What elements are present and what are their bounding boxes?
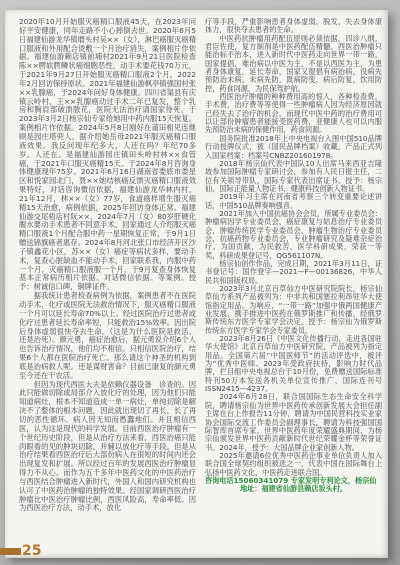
- paragraph: 2023年8月26日《中医文化传播行动，走进各国驻华大使馆》北京百草仙方中医研究…: [205, 335, 382, 393]
- paragraph: 2021年加入中国抗癌协会会员，所属专业委员会：肿瘤病因学专业委员会，癌症康复与…: [205, 210, 382, 260]
- paragraph: 疗等手段，严重影响患者身体虚弱，脱发，失去身体康体力，很快夺去患者的生命。: [205, 18, 382, 35]
- paragraph: 中医药抗肿瘤用药配伍原则必须依据，四诊八纲，君臣佐使，复方制剂是中医药配伍精髓。…: [205, 35, 382, 93]
- paragraph: 杨宗仙创作作品，完成日期，2021年3月11日，证书登记号：国作登字—2021—…: [205, 260, 382, 285]
- paragraph: 2018年杨宗仙代表中国队10人出席马来西亚吉隆坡参加国际肿瘤专家研讨会，参加有…: [205, 160, 382, 193]
- paragraph: 西医治疗肿瘤的种种费用高的惊人，各种检查费，手术费，治疗费等等使得一些肿瘤病人因…: [205, 93, 382, 135]
- paragraph: 2019年习主席在河南省考察三个转变重要论述讲话，中国510品牌奏响强音。: [205, 193, 382, 210]
- page-content: 2020年10月开始服灭癌精口服液45天，在2023年问好平安健康，同年走路不小…: [19, 18, 382, 552]
- paragraph: 2020年10月开始服灭癌精口服液45天，在2023年问好平安健康，同年走路不小…: [19, 18, 196, 292]
- paragraph: 但因为现代西医大夫是依赖仪器设备 诊查的。因此只能做切除或局部介入放化疗的处理，…: [19, 381, 196, 514]
- page-number: 25: [22, 544, 41, 558]
- paragraph: 2024年6月28日，联合国国际生态生命安全科学院，聘请杨宗仙为世界中医药传承创…: [205, 393, 382, 451]
- paragraph: 国务院批准2018年上中央电视台入围中国510品牌行动授牌仪式，被（国民品牌档案…: [205, 135, 382, 160]
- page-number-row: 25: [0, 544, 41, 558]
- page-number-bar: [0, 548, 21, 555]
- scan-background: 2020年10月开始服灭癌精口服液45天，在2023年问好平安健康，同年走路不小…: [0, 0, 400, 565]
- magazine-page: 2020年10月开始服灭癌精口服液45天，在2023年问好平安健康，同年走路不小…: [5, 10, 388, 558]
- paragraph: 地址：福建省仙游县赖店坂头村。: [205, 485, 382, 493]
- paragraph: 据我统计患者检查病例为依据，案例患者不在医院动手术，化疗或医院无法救治情况下，服…: [19, 292, 196, 380]
- text-column-left: 2020年10月开始服灭癌精口服液45天，在2023年问好平安健康，同年走路不小…: [19, 18, 196, 552]
- text-column-right: 疗等手段，严重影响患者身体虚弱，脱发，失去身体康体力，很快夺去患者的生命。中医药…: [205, 18, 382, 552]
- paragraph: 2025年邀请6位优秀中医药企事业单位负责人加入联合国全球契约组织被选之一，代表…: [205, 452, 382, 477]
- paragraph: 2023年3月北京百草仙方中医研究院院长，杨宗仙草仙方系列产品被列为：中非共和国…: [205, 285, 382, 335]
